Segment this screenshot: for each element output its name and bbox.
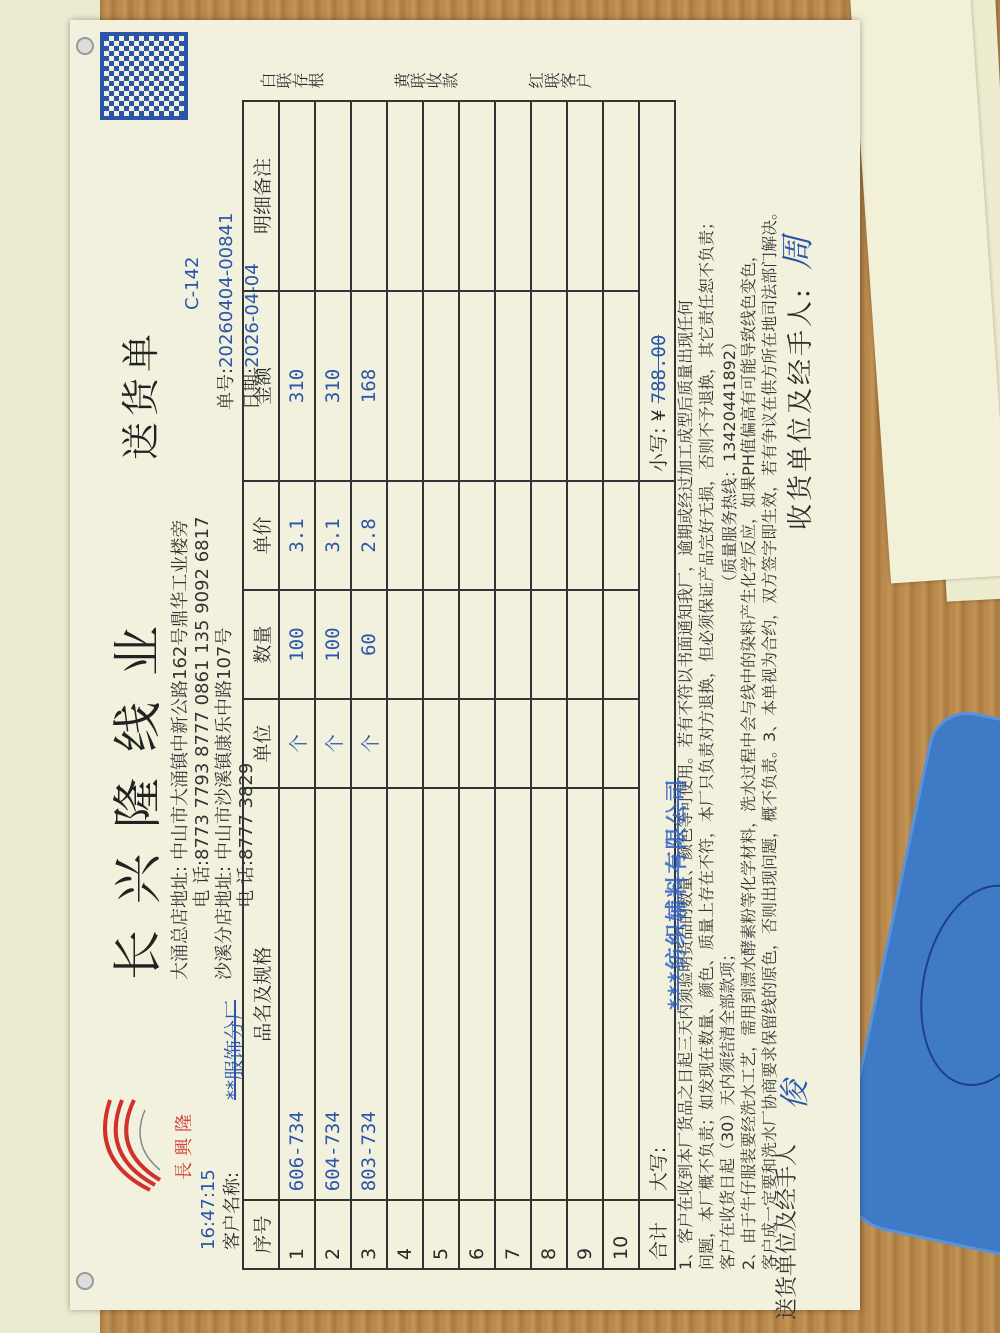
total-label: 合计 xyxy=(639,1200,675,1269)
terms-line: 2、由于牛仔服装要经洗水工艺，需用到漂水酵素粉等化学材料，洗水过程中会与线中的染… xyxy=(738,90,759,1270)
cell-price: 3.1 xyxy=(315,481,351,590)
cell-name: 604-734 xyxy=(315,788,351,1200)
copy-red: 红联客户 xyxy=(528,72,592,92)
cell-note xyxy=(351,101,387,291)
cell-unit: 个 xyxy=(315,699,351,788)
cell-amount: 310 xyxy=(315,291,351,481)
cell-seq: 10 xyxy=(603,1200,639,1269)
copy-labels: 白联存根 黄联收款 红联客户 xyxy=(260,58,662,92)
hq-phone: 8773 7793 8777 0861 135 9092 6817 xyxy=(192,516,213,860)
total-words-label: 大写: xyxy=(648,1147,670,1191)
header-price: 单价 xyxy=(243,481,279,590)
qr-code-icon xyxy=(100,32,188,120)
print-time: 16:47:15 xyxy=(198,1169,219,1250)
table-row: 6 xyxy=(459,101,495,1269)
hole-icon xyxy=(76,37,94,55)
cell-unit: 个 xyxy=(279,699,315,788)
cell-amount: 310 xyxy=(279,291,315,481)
table-row: 1 606-734 个 100 3.1 310 xyxy=(279,101,315,1269)
table-row: 5 xyxy=(423,101,459,1269)
cell-name: 606-734 xyxy=(279,788,315,1200)
cell-price: 2.8 xyxy=(351,481,387,590)
cell-qty: 100 xyxy=(315,590,351,699)
table-row: 7 xyxy=(495,101,531,1269)
doc-no: 20260404-00841 xyxy=(216,213,237,368)
cell-seq: 7 xyxy=(495,1200,531,1269)
branch-address: 中山市沙溪镇康乐中路107号 xyxy=(214,628,235,860)
doc-no-label: 单号: xyxy=(216,368,237,410)
hq-address-label: 大涌总店地址: xyxy=(170,860,192,980)
sender-signature: 俊 xyxy=(770,1080,814,1110)
cell-seq: 9 xyxy=(567,1200,603,1269)
terms-line: 问题，本厂概不负责；如发现在数量、颜色、质量上存在不符，本厂只负责对方退换，但必… xyxy=(696,90,717,1270)
company-logo-icon xyxy=(90,1090,170,1200)
terms-line: 1、客户在收到本厂货品之日起三天内须验明货品的数量、颜色等可使用。若有不符以书面… xyxy=(675,90,696,1270)
table-row: 2 604-734 个 100 3.1 310 xyxy=(315,101,351,1269)
total-figure: 788.00 xyxy=(648,335,670,404)
hole-icon xyxy=(76,1272,94,1290)
customer-label: 客户名称: xyxy=(218,1172,244,1250)
receiver-signature-label: 收货单位及经手人: xyxy=(780,286,817,530)
logo-text: 長興隆 xyxy=(170,1108,196,1180)
table-row: 4 xyxy=(387,101,423,1269)
terms-line: 客户在收货日起（30）天内须结清全部款项； xyxy=(717,90,738,1270)
header-note: 明细备注 xyxy=(243,101,279,291)
total-figure-label: 小写: ¥ xyxy=(648,409,670,472)
header-seq: 序号 xyxy=(243,1200,279,1269)
serial-number: C-142 xyxy=(182,257,203,310)
terms-block: 1、客户在收到本厂货品之日起三天内须验明货品的数量、颜色等可使用。若有不符以书面… xyxy=(675,90,780,1270)
company-name: 长兴隆线业 xyxy=(98,600,170,980)
items-table: 序号 品名及规格 单位 数量 单价 金额 明细备注 1 606-734 个 10… xyxy=(242,100,676,1270)
cell-name: 803-734 xyxy=(351,788,387,1200)
cell-amount: 168 xyxy=(351,291,387,481)
header-qty: 数量 xyxy=(243,590,279,699)
cell-seq: 4 xyxy=(387,1200,423,1269)
total-figure-cell: 小写: ¥ 788.00 xyxy=(639,101,675,481)
receiver-signature: 周 xyxy=(770,236,819,270)
company-stamp: ***纺织辅料有限公司 xyxy=(660,777,691,1010)
header-amount: 金额 xyxy=(243,291,279,481)
sender-signature-label: 送货单位及经手人 xyxy=(770,1144,801,1320)
copy-yellow: 黄联收款 xyxy=(394,72,458,92)
table-header-row: 序号 品名及规格 单位 数量 单价 金额 明细备注 xyxy=(243,101,279,1269)
cell-note xyxy=(315,101,351,291)
cell-seq: 2 xyxy=(315,1200,351,1269)
table-row: 8 xyxy=(531,101,567,1269)
table-row: 3 803-734 个 60 2.8 168 xyxy=(351,101,387,1269)
branch-address-label: 沙溪分店地址: xyxy=(214,860,236,980)
fabric-oval-icon xyxy=(903,873,1000,1098)
cell-seq: 1 xyxy=(279,1200,315,1269)
cell-note xyxy=(279,101,315,291)
header-unit: 单位 xyxy=(243,699,279,788)
cell-seq: 6 xyxy=(459,1200,495,1269)
cell-seq: 8 xyxy=(531,1200,567,1269)
cell-unit: 个 xyxy=(351,699,387,788)
cell-price: 3.1 xyxy=(279,481,315,590)
cell-seq: 5 xyxy=(423,1200,459,1269)
total-row: 合计 大写: 小写: ¥ 788.00 xyxy=(639,101,675,1269)
delivery-note-wrapper: 長興隆 长兴隆线业 送货单 大涌总店地址:中山市大涌镇中新公路162号鼎华工业楼… xyxy=(60,20,870,1310)
delivery-note: 長興隆 长兴隆线业 送货单 大涌总店地址:中山市大涌镇中新公路162号鼎华工业楼… xyxy=(70,20,860,1310)
hq-address: 中山市大涌镇中新公路162号鼎华工业楼旁 xyxy=(170,520,191,860)
copy-white: 白联存根 xyxy=(260,72,324,92)
hq-phone-label: 电 话: xyxy=(192,860,214,980)
cell-qty: 60 xyxy=(351,590,387,699)
table-row: 10 xyxy=(603,101,639,1269)
header-name: 品名及规格 xyxy=(243,788,279,1200)
cell-qty: 100 xyxy=(279,590,315,699)
cell-seq: 3 xyxy=(351,1200,387,1269)
quality-hotline: （质量服务热线：13420441892） xyxy=(717,334,740,590)
table-row: 9 xyxy=(567,101,603,1269)
document-type: 送货单 xyxy=(110,328,165,460)
